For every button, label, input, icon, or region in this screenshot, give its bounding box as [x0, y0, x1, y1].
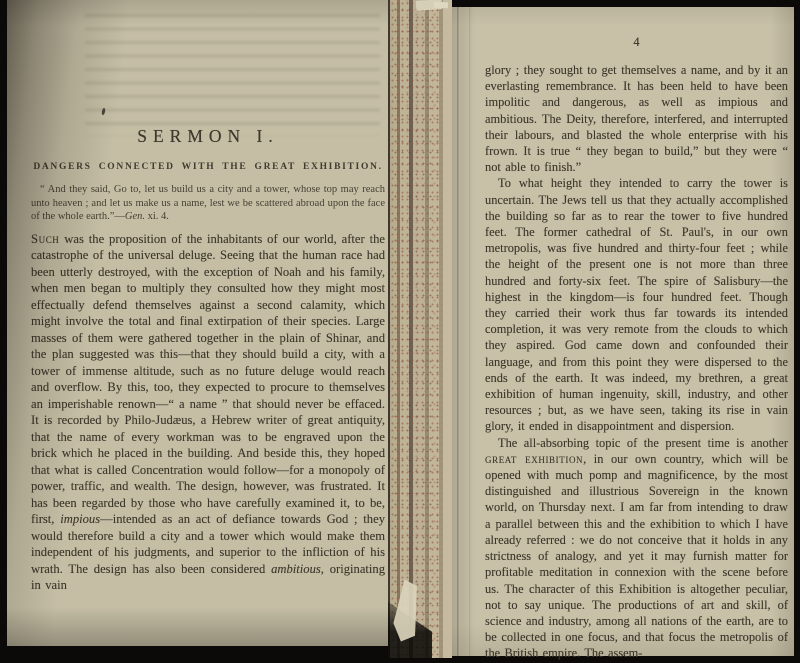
paragraph-tower-height: To what height they intended to carry th…	[485, 175, 788, 434]
epigraph: “ And they said, Go to, let us build us …	[31, 183, 385, 224]
paragraph-great-exhibition: The all-absorbing topic of the present t…	[485, 435, 788, 662]
left-body-paragraph: Such was the proposition of the inhabita…	[31, 231, 385, 594]
page-edges-gutter	[388, 0, 452, 658]
left-page: SERMON I. DANGERS CONNECTED WITH THE GRE…	[7, 0, 388, 646]
paragraph-continuation: glory ; they sought to get themselves a …	[485, 62, 788, 175]
page-crease	[457, 7, 461, 656]
page-crease-faint	[469, 7, 471, 656]
marbled-edge-speckle	[390, 0, 442, 658]
page-number: 4	[485, 35, 788, 50]
page-corner-bit	[434, 2, 448, 9]
sermon-subheading: DANGERS CONNECTED WITH THE GREAT EXHIBIT…	[31, 162, 385, 172]
sermon-heading: SERMON I.	[31, 126, 385, 147]
left-page-content: SERMON I. DANGERS CONNECTED WITH THE GRE…	[31, 0, 385, 594]
right-page: 4 glory ; they sought to get themselves …	[452, 7, 794, 656]
right-page-content: 4 glory ; they sought to get themselves …	[485, 7, 788, 662]
book-scan: SERMON I. DANGERS CONNECTED WITH THE GRE…	[0, 0, 800, 663]
